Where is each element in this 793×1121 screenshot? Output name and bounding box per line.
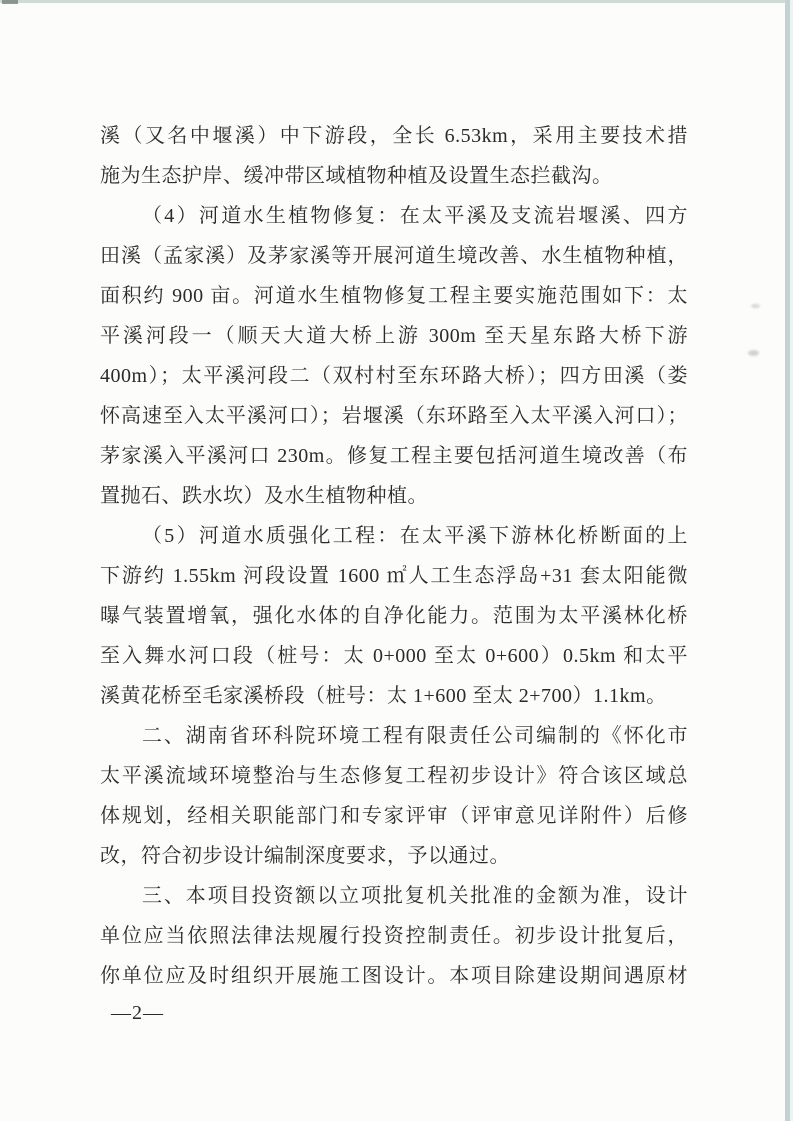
paragraph: （5）河道水质强化工程：在太平溪下游林化桥断面的上下游约 1.55km 河段设置… bbox=[100, 516, 688, 716]
scanned-document-page: 溪（又名中堰溪）中下游段，全长 6.53km，采用主要技术措施为生态护岸、缓冲带… bbox=[0, 0, 793, 1121]
text-line: 改，符合初步设计编制深度要求，予以通过。 bbox=[100, 836, 688, 876]
text-line: 溪（又名中堰溪）中下游段，全长 6.53km，采用主要技术措 bbox=[100, 116, 688, 156]
text-line: 溪黄花桥至毛家溪桥段（桩号：太 1+600 至太 2+700）1.1km。 bbox=[100, 676, 688, 716]
text-line: 下游约 1.55km 河段设置 1600 ㎡人工生态浮岛+31 套太阳能微 bbox=[100, 556, 688, 596]
scan-smudge bbox=[748, 350, 759, 356]
scan-mark-top-left bbox=[2, 0, 18, 4]
text-line: 茅家溪入平溪河口 230m。修复工程主要包括河道生境改善（布 bbox=[100, 436, 688, 476]
text-line: 二、湖南省环科院环境工程有限责任公司编制的《怀化市 bbox=[100, 716, 688, 756]
text-line: 三、本项目投资额以立项批复机关批准的金额为准，设计 bbox=[100, 876, 688, 916]
paragraph: 二、湖南省环科院环境工程有限责任公司编制的《怀化市太平溪流域环境整治与生态修复工… bbox=[100, 716, 688, 876]
text-line: 单位应当依照法律法规履行投资控制责任。初步设计批复后， bbox=[100, 916, 688, 956]
text-line: （4）河道水生植物修复：在太平溪及支流岩堰溪、四方 bbox=[100, 196, 688, 236]
text-line: 面积约 900 亩。河道水生植物修复工程主要实施范围如下：太 bbox=[100, 276, 688, 316]
text-line: 400m）；太平溪河段二（双村村至东环路大桥）；四方田溪（娄 bbox=[100, 356, 688, 396]
text-line: （5）河道水质强化工程：在太平溪下游林化桥断面的上 bbox=[100, 516, 688, 556]
text-line: 怀高速至入太平溪河口）；岩堰溪（东环路至入太平溪入河口）； bbox=[100, 396, 688, 436]
text-line: 施为生态护岸、缓冲带区域植物种植及设置生态拦截沟。 bbox=[100, 156, 688, 196]
text-line: 体规划，经相关职能部门和专家评审（评审意见详附件）后修 bbox=[100, 796, 688, 836]
text-line: 置抛石、跌水坎）及水生植物种植。 bbox=[100, 476, 688, 516]
page-number: —2— bbox=[111, 1000, 164, 1026]
text-line: 平溪河段一（顺天大道大桥上游 300m 至天星东路大桥下游 bbox=[100, 316, 688, 356]
text-line: 你单位应及时组织开展施工图设计。本项目除建设期间遇原材 bbox=[100, 956, 688, 996]
text-line: 太平溪流域环境整治与生态修复工程初步设计》符合该区域总 bbox=[100, 756, 688, 796]
paragraph: （4）河道水生植物修复：在太平溪及支流岩堰溪、四方田溪（孟家溪）及茅家溪等开展河… bbox=[100, 196, 688, 516]
scan-edge-top bbox=[0, 0, 793, 3]
scan-smudge bbox=[751, 304, 760, 308]
text-line: 曝气装置增氧，强化水体的自净化能力。范围为太平溪林化桥 bbox=[100, 596, 688, 636]
document-body: 溪（又名中堰溪）中下游段，全长 6.53km，采用主要技术措施为生态护岸、缓冲带… bbox=[100, 116, 688, 996]
text-line: 田溪（孟家溪）及茅家溪等开展河道生境改善、水生植物种植， bbox=[100, 236, 688, 276]
paragraph: 溪（又名中堰溪）中下游段，全长 6.53km，采用主要技术措施为生态护岸、缓冲带… bbox=[100, 116, 688, 196]
text-line: 至入舞水河口段（桩号：太 0+000 至太 0+600）0.5km 和太平 bbox=[100, 636, 688, 676]
paragraph: 三、本项目投资额以立项批复机关批准的金额为准，设计单位应当依照法律法规履行投资控… bbox=[100, 876, 688, 996]
